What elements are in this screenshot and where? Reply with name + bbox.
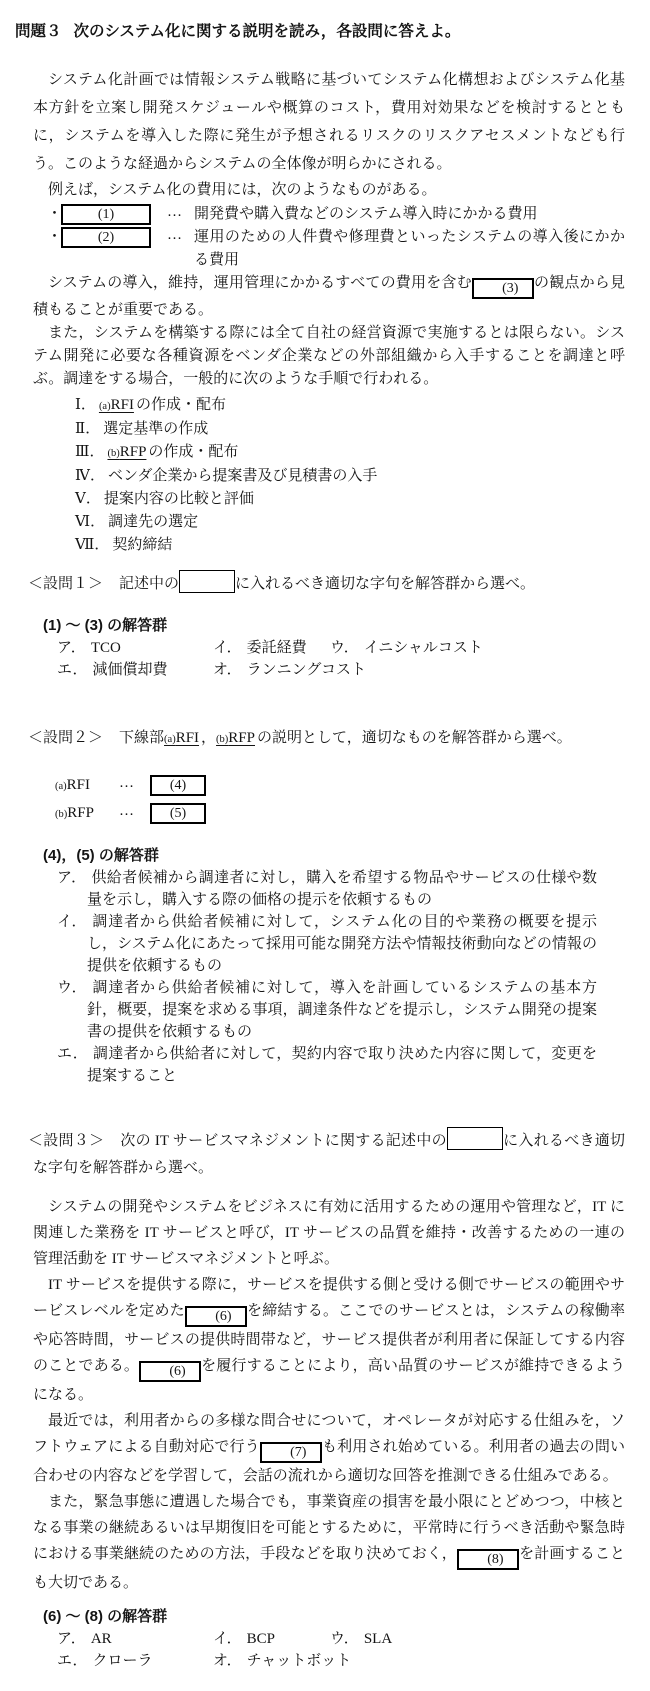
list-item: Ⅳ．ベンダ企業から提案書及び見積書の入手: [75, 465, 625, 488]
step-number: Ⅳ．: [75, 468, 105, 484]
answer-option: エ．減価償却費: [57, 659, 213, 681]
annotation-ref: (b): [55, 809, 67, 820]
cost-bullet-list: ・ (1) … 開発費や購入費などのシステム導入時にかかる費用 ・ (2) … …: [47, 203, 625, 272]
answer-option: ウ．調達者から供給者候補に対して，導入を計画しているシステムの基本方針，概要，提…: [87, 977, 597, 1043]
option-text: 調達者から供給者候補に対して，システム化の目的や業務の概要を提示し，システム化に…: [87, 914, 597, 974]
option-text: クローラ: [92, 1653, 152, 1669]
underlined-term-rfi: (a)RFI: [164, 730, 201, 746]
problem-instruction: 次のシステム化に関する説明を読み，各設問に答えよ。: [74, 23, 461, 40]
blank-box-3: (3): [472, 278, 534, 299]
rfi-rfp-answer-rows: (a)RFI … (4) (b)RFP … (5): [55, 771, 625, 827]
option-text: BCP: [247, 1631, 275, 1647]
text-segment: 下線部: [119, 730, 164, 746]
option-label: ウ．: [330, 640, 359, 656]
step-text: 契約締結: [112, 537, 172, 553]
list-item: Ⅵ．調達先の選定: [75, 511, 625, 534]
option-text: AR: [91, 1631, 112, 1647]
term-text: RFP: [228, 730, 255, 746]
bullet-icon: ・: [47, 226, 61, 249]
text-segment: 記述中の: [119, 576, 179, 592]
answer-option: オ．チャットボット: [213, 1650, 625, 1672]
answer-option: ア．TCO: [57, 637, 213, 659]
step-text: 選定基準の作成: [103, 421, 208, 437]
answer-option: ア．供給者候補から調達者に対し，購入を希望する物品やサービスの仕様や数量を示し，…: [87, 867, 597, 911]
option-text: 調達者から供給者に対して，契約内容で取り決めた内容に関して，変更を提案すること: [87, 1046, 597, 1084]
option-label: ア．: [57, 1631, 86, 1647]
option-label: ア．: [57, 870, 86, 886]
answer-option: オ．ランニングコスト: [213, 659, 625, 681]
problem-number: 問題３: [15, 23, 62, 40]
answer-option: ア．AR: [57, 1628, 213, 1650]
annotation-ref: (a): [99, 401, 111, 412]
exam-document-page: 問題３次のシステム化に関する説明を読み，各設問に答えよ。 システム化計画では情報…: [0, 0, 650, 1691]
step-number: Ⅰ．: [75, 397, 96, 413]
text-segment: に入れるべき適切な字句を解答群から選べ。: [235, 576, 535, 592]
step-number: Ⅵ．: [75, 514, 105, 530]
step-text: 調達先の選定: [108, 514, 198, 530]
q3-paragraph-4: また，緊急事態に遭遇した場合でも，事業資産の損害を最小限にとどめつつ，中核となる…: [33, 1489, 625, 1596]
problem-heading: 問題３次のシステム化に関する説明を読み，各設問に答えよ。: [15, 20, 625, 44]
blank-box-4: (4): [150, 775, 206, 796]
question-1: ＜設問１＞記述中のに入れるべき適切な字句を解答群から選べ。: [33, 569, 625, 599]
question-2: ＜設問２＞下線部(a)RFI，(b)RFPの説明として，適切なものを解答群から選…: [33, 723, 625, 755]
option-label: エ．: [57, 1653, 87, 1669]
option-text: 委託経費: [247, 640, 307, 656]
option-text: TCO: [91, 640, 121, 656]
answer-option: イ．委託経費: [213, 637, 330, 659]
q3-paragraph-2: IT サービスを提供する際に，サービスを提供する側と受ける側でサービスの範囲やサ…: [33, 1272, 625, 1408]
answer-options-row: ア．AR イ．BCP ウ．SLA: [57, 1628, 625, 1650]
question-3: ＜設問３＞次の IT サービスマネジメントに関する記述中のに入れるべき適切な字句…: [33, 1127, 625, 1182]
intro-paragraph-4: また，システムを構築する際には全て自社の経営資源で実施するとは限らない。システム…: [33, 322, 625, 391]
answer-group-heading-2: (4)，(5) の解答群: [43, 845, 625, 867]
q3-paragraph-1: システムの開発やシステムをビジネスに有効に活用するための運用や管理など，IT に…: [33, 1194, 625, 1272]
blank-box-empty-q3: [447, 1127, 503, 1150]
step-number: Ⅲ．: [75, 444, 104, 460]
item-label: (a)RFI: [55, 777, 111, 794]
option-label: エ．: [57, 662, 87, 678]
annotation-ref: (a): [55, 781, 67, 792]
underlined-term-rfi: (a)RFI: [99, 397, 136, 413]
option-text: 供給者候補から調達者に対し，購入を希望する物品やサービスの仕様や数量を示し，購入…: [87, 870, 597, 908]
blank-box-6: (6): [185, 1306, 247, 1327]
term-text: RFI: [67, 777, 90, 793]
question-2-label: ＜設問２＞: [28, 730, 103, 746]
ellipsis: …: [167, 224, 182, 247]
ellipsis: …: [119, 803, 134, 820]
step-text: の作成・配布: [148, 444, 238, 460]
option-label: イ．: [213, 1631, 242, 1647]
answer-options-row: エ．減価償却費 オ．ランニングコスト: [57, 659, 625, 681]
list-item: (b)RFP … (5): [55, 799, 625, 827]
bullet-description: 運用のための人件費や修理費といったシステムの導入後にかかる費用: [194, 226, 625, 272]
text-segment: ，: [201, 730, 216, 746]
option-text: 調達者から供給者候補に対して，導入を計画しているシステムの基本方針，概要，提案を…: [87, 980, 597, 1040]
blank-box-6: (6): [139, 1361, 201, 1382]
annotation-ref: (b): [107, 448, 119, 459]
option-label: イ．: [57, 914, 87, 930]
answer-options-row: ア．TCO イ．委託経費 ウ．イニシャルコスト: [57, 637, 625, 659]
blank-box-empty-q1: [179, 570, 235, 593]
step-text: の作成・配布: [136, 397, 226, 413]
step-number: Ⅱ．: [75, 421, 100, 437]
answer-options-row: エ．クローラ オ．チャットボット: [57, 1650, 625, 1672]
term-text: RFP: [67, 805, 94, 821]
answer-group-heading-1: (1) ～ (3) の解答群: [43, 615, 625, 637]
list-item: (a)RFI … (4): [55, 771, 625, 799]
ellipsis: …: [119, 775, 134, 792]
option-text: ランニングコスト: [247, 662, 366, 678]
question-3-label: ＜設問３＞: [28, 1133, 104, 1149]
list-item: ・ (1) … 開発費や購入費などのシステム導入時にかかる費用: [47, 203, 625, 226]
option-label: オ．: [213, 1653, 242, 1669]
option-label: ウ．: [57, 980, 88, 996]
intro-paragraph-1: システム化計画では情報システム戦略に基づいてシステム化構想およびシステム化基本方…: [33, 66, 625, 178]
term-text: RFP: [120, 444, 147, 460]
list-item: Ⅴ．提案内容の比較と評価: [75, 488, 625, 511]
blank-box-7: (7): [260, 1442, 322, 1463]
term-text: RFI: [176, 730, 199, 746]
option-text: イニシャルコスト: [364, 640, 483, 656]
option-label: エ．: [57, 1046, 88, 1062]
list-item: Ⅶ．契約締結: [75, 534, 625, 557]
blank-box-1: (1): [61, 204, 151, 225]
answer-option: エ．調達者から供給者に対して，契約内容で取り決めた内容に関して，変更を提案するこ…: [87, 1043, 597, 1087]
text-segment: 次の IT サービスマネジメントに関する記述中の: [120, 1133, 447, 1149]
ellipsis: …: [167, 201, 182, 224]
option-label: イ．: [213, 640, 242, 656]
option-label: ウ．: [330, 1631, 359, 1647]
blank-box-5: (5): [150, 803, 206, 824]
underlined-term-rfp: (b)RFP: [216, 730, 257, 746]
option-text: チャットボット: [247, 1653, 352, 1669]
list-item: Ⅰ．(a)RFIの作成・配布: [75, 394, 625, 418]
option-text: SLA: [364, 1631, 392, 1647]
text-segment: の説明として，適切なものを解答群から選べ。: [257, 730, 572, 746]
intro-paragraph-2: 例えば，システム化の費用には，次のようなものがある。: [33, 178, 625, 203]
step-text: 提案内容の比較と評価: [104, 491, 254, 507]
answer-group-heading-3: (6) ～ (8) の解答群: [43, 1606, 625, 1628]
answer-option: イ．調達者から供給者候補に対して，システム化の目的や業務の概要を提示し，システム…: [87, 911, 597, 977]
q3-paragraph-3: 最近では，利用者からの多様な問合せについて，オペレータが対応する仕組みを，ソフト…: [33, 1408, 625, 1489]
answer-option: イ．BCP: [213, 1628, 330, 1650]
list-item: Ⅲ．(b)RFPの作成・配布: [75, 441, 625, 465]
question-1-label: ＜設問１＞: [28, 576, 103, 592]
bullet-icon: ・: [47, 203, 61, 226]
list-item: Ⅱ．選定基準の作成: [75, 418, 625, 441]
procurement-steps-list: Ⅰ．(a)RFIの作成・配布 Ⅱ．選定基準の作成 Ⅲ．(b)RFPの作成・配布 …: [75, 394, 625, 557]
term-text: RFI: [111, 397, 134, 413]
annotation-ref: (b): [216, 734, 228, 745]
blank-box-8: (8): [457, 1549, 519, 1570]
text-segment: システムの導入，維持，運用管理にかかるすべての費用を含む: [48, 275, 472, 291]
underlined-term-rfp: (b)RFP: [107, 444, 148, 460]
option-label: オ．: [213, 662, 242, 678]
bullet-description: 開発費や購入費などのシステム導入時にかかる費用: [194, 203, 625, 226]
step-number: Ⅴ．: [75, 491, 101, 507]
list-item: ・ (2) … 運用のための人件費や修理費といったシステムの導入後にかかる費用: [47, 226, 625, 272]
answer-option: ウ．SLA: [330, 1628, 625, 1650]
option-text: 減価償却費: [92, 662, 167, 678]
step-number: Ⅶ．: [75, 537, 109, 553]
answer-option: ウ．イニシャルコスト: [330, 637, 625, 659]
step-text: ベンダ企業から提案書及び見積書の入手: [108, 468, 377, 484]
option-label: ア．: [57, 640, 86, 656]
item-label: (b)RFP: [55, 805, 111, 822]
answer-option: エ．クローラ: [57, 1650, 213, 1672]
annotation-ref: (a): [164, 734, 176, 745]
blank-box-2: (2): [61, 227, 151, 248]
intro-paragraph-3: システムの導入，維持，運用管理にかかるすべての費用を含む(3)の観点から見積もる…: [33, 272, 625, 322]
